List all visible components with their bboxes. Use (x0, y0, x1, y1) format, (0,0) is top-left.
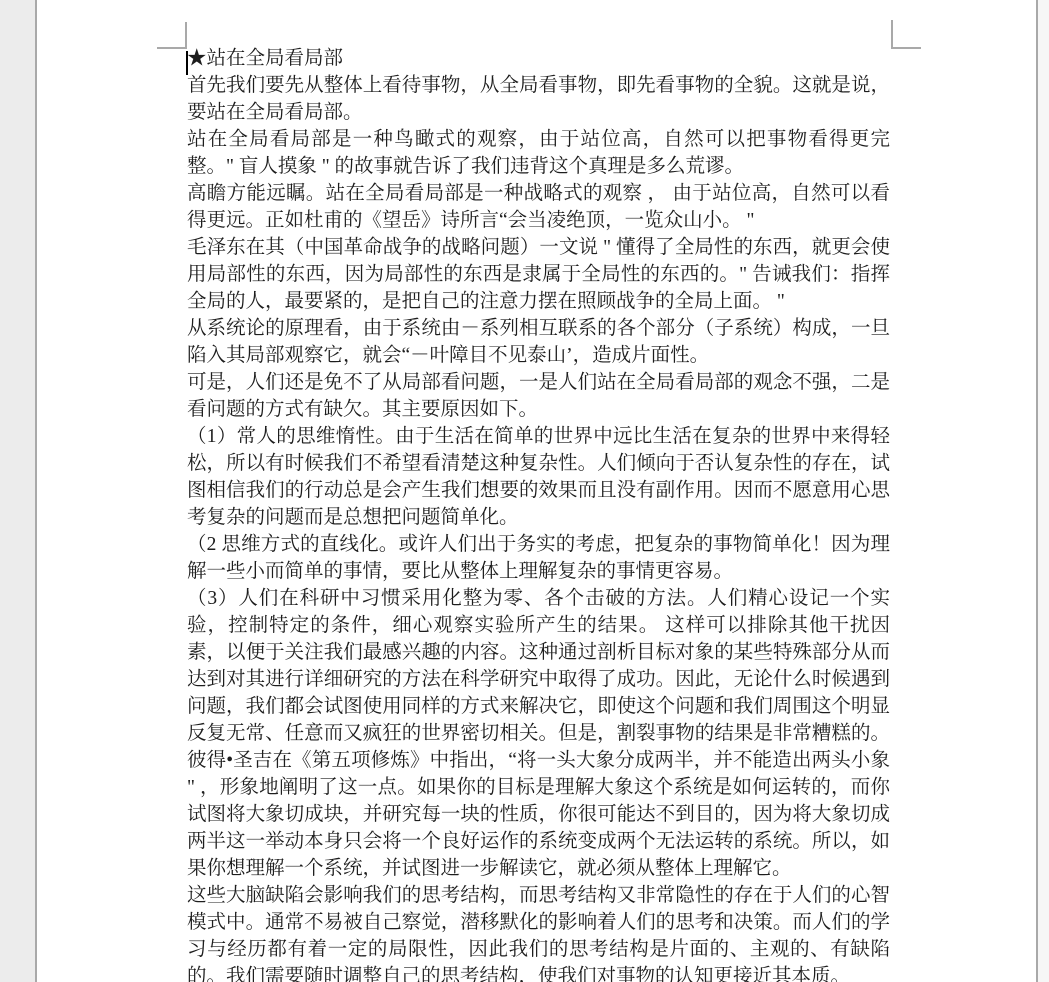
paragraph[interactable]: （2 思维方式的直线化。或许人们出于务实的考虑，把复杂的事物简单化！因为理解一些… (187, 531, 890, 585)
margin-crop-mark-right (891, 20, 893, 47)
document-text-area[interactable]: ★站在全局看局部 首先我们要先从整体上看待事物，从全局看事物，即先看事物的全貌。… (187, 45, 890, 982)
page-right-edge (1036, 0, 1049, 982)
paragraph[interactable]: 从系统论的原理看，由于系统由－系列相互联系的各个部分（子系统）构成，一旦陷入其局… (187, 315, 890, 369)
margin-crop-mark-left (157, 47, 187, 49)
paragraph[interactable]: （3）人们在科研中习惯采用化整为零、各个击破的方法。人们精心设记一个实验，控制特… (187, 585, 890, 882)
paragraph[interactable]: 站在全局看局部是一种鸟瞰式的观察，由于站位高，自然可以把事物看得更完整。" 盲人… (187, 126, 890, 180)
paragraph[interactable]: 这些大脑缺陷会影响我们的思考结构，而思考结构又非常隐性的存在于人们的心智模式中。… (187, 882, 890, 982)
document-title-line[interactable]: ★站在全局看局部 (187, 45, 890, 72)
word-processor-page-view: ★站在全局看局部 首先我们要先从整体上看待事物，从全局看事物，即先看事物的全貌。… (0, 0, 1049, 982)
paragraph[interactable]: 首先我们要先从整体上看待事物，从全局看事物，即先看事物的全貌。这就是说，要站在全… (187, 72, 890, 126)
paragraph[interactable]: 高瞻方能远瞩。站在全局看局部是一种战略式的观察 ， 由于站位高，自然可以看得更远… (187, 180, 890, 234)
paragraph[interactable]: 毛泽东在其（中国革命战争的战略问题）一文说 " 懂得了全局性的东西，就更会使用局… (187, 234, 890, 315)
paragraph[interactable]: 可是，人们还是免不了从局部看问题，一是人们站在全局看局部的观念不强，二是看问题的… (187, 369, 890, 423)
paragraph[interactable]: （1）常人的思维惰性。由于生活在简单的世界中远比生活在复杂的世界中来得轻松，所以… (187, 423, 890, 531)
page-left-edge (0, 0, 37, 982)
margin-crop-mark-right (891, 47, 921, 49)
